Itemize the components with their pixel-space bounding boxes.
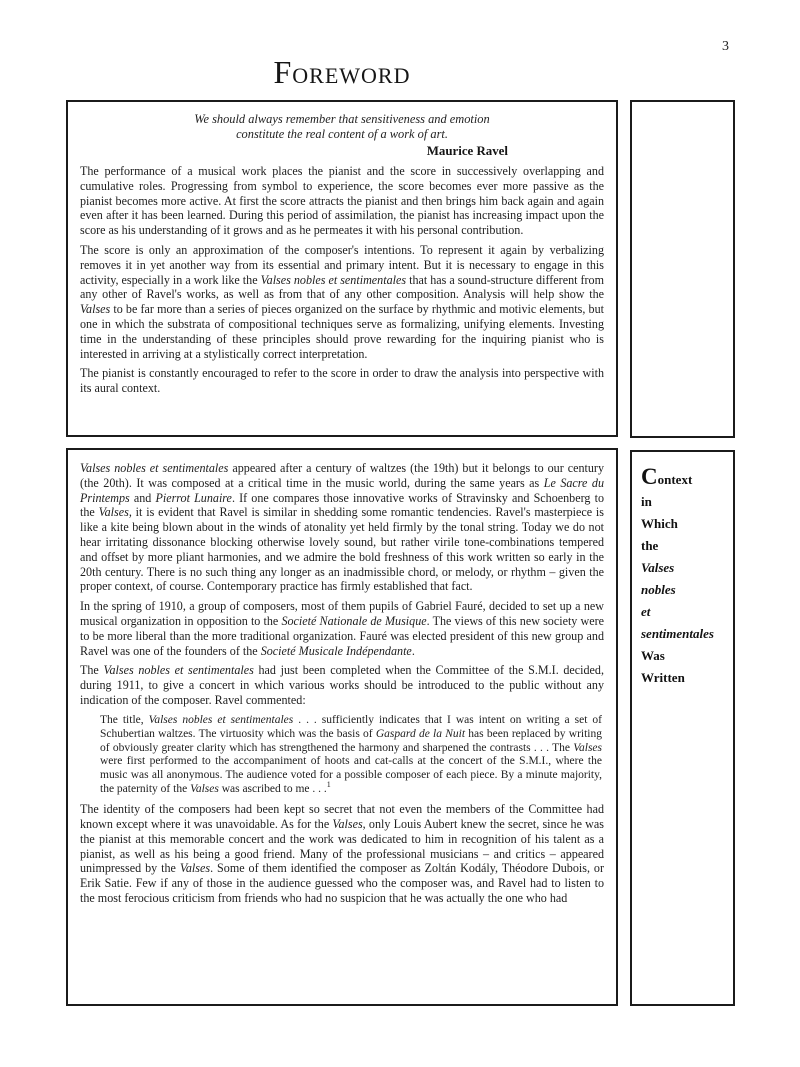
paragraph: The identity of the composers had been k… [80,802,604,906]
paragraph: The score is only an approximation of th… [80,243,604,361]
page-number: 3 [722,39,729,55]
paragraph: The pianist is constantly encouraged to … [80,366,604,396]
title-initial: F [273,54,292,90]
context-paragraphs-bottom: The identity of the composers had been k… [80,802,604,906]
sidebar-heading-word: Which [641,513,724,535]
paragraph: In the spring of 1910, a group of compos… [80,599,604,658]
epigraph: We should always remember that sensitive… [80,112,604,142]
context-heading-box: ContextinWhichtheValsesnoblesetsentiment… [630,450,735,1006]
sidebar-heading-word: Context [641,465,724,491]
sidebar-heading-word: Was [641,645,724,667]
paragraph: Valses nobles et sentimentales appeared … [80,461,604,594]
foreword-paragraphs: The performance of a musical work places… [80,164,604,396]
ravel-quote: The title, Valses nobles et sentimentale… [100,714,602,797]
paragraph: The performance of a musical work places… [80,164,604,238]
sidebar-heading-word: et [641,601,724,623]
empty-margin-box [630,100,735,438]
epigraph-line: constitute the real content of a work of… [80,127,604,142]
sidebar-heading-word: Valses [641,557,724,579]
foreword-box: We should always remember that sensitive… [66,100,618,437]
title-rest: OREWORD [292,63,410,88]
epigraph-line: We should always remember that sensitive… [80,112,604,127]
dropcap-initial: C [641,464,658,489]
sidebar-heading-word: the [641,535,724,557]
context-heading: ContextinWhichtheValsesnoblesetsentiment… [641,465,724,689]
context-paragraphs-top: Valses nobles et sentimentales appeared … [80,461,604,708]
paragraph: The Valses nobles et sentimentales had j… [80,663,604,707]
sidebar-heading-word: nobles [641,579,724,601]
epigraph-attribution: Maurice Ravel [80,144,604,159]
page-title: FOREWORD [66,54,618,91]
context-box: Valses nobles et sentimentales appeared … [66,448,618,1006]
sidebar-heading-word: in [641,491,724,513]
book-page: 3 FOREWORD We should always remember tha… [0,0,800,1067]
sidebar-heading-word: sentimentales [641,623,724,645]
sidebar-heading-word: Written [641,667,724,689]
